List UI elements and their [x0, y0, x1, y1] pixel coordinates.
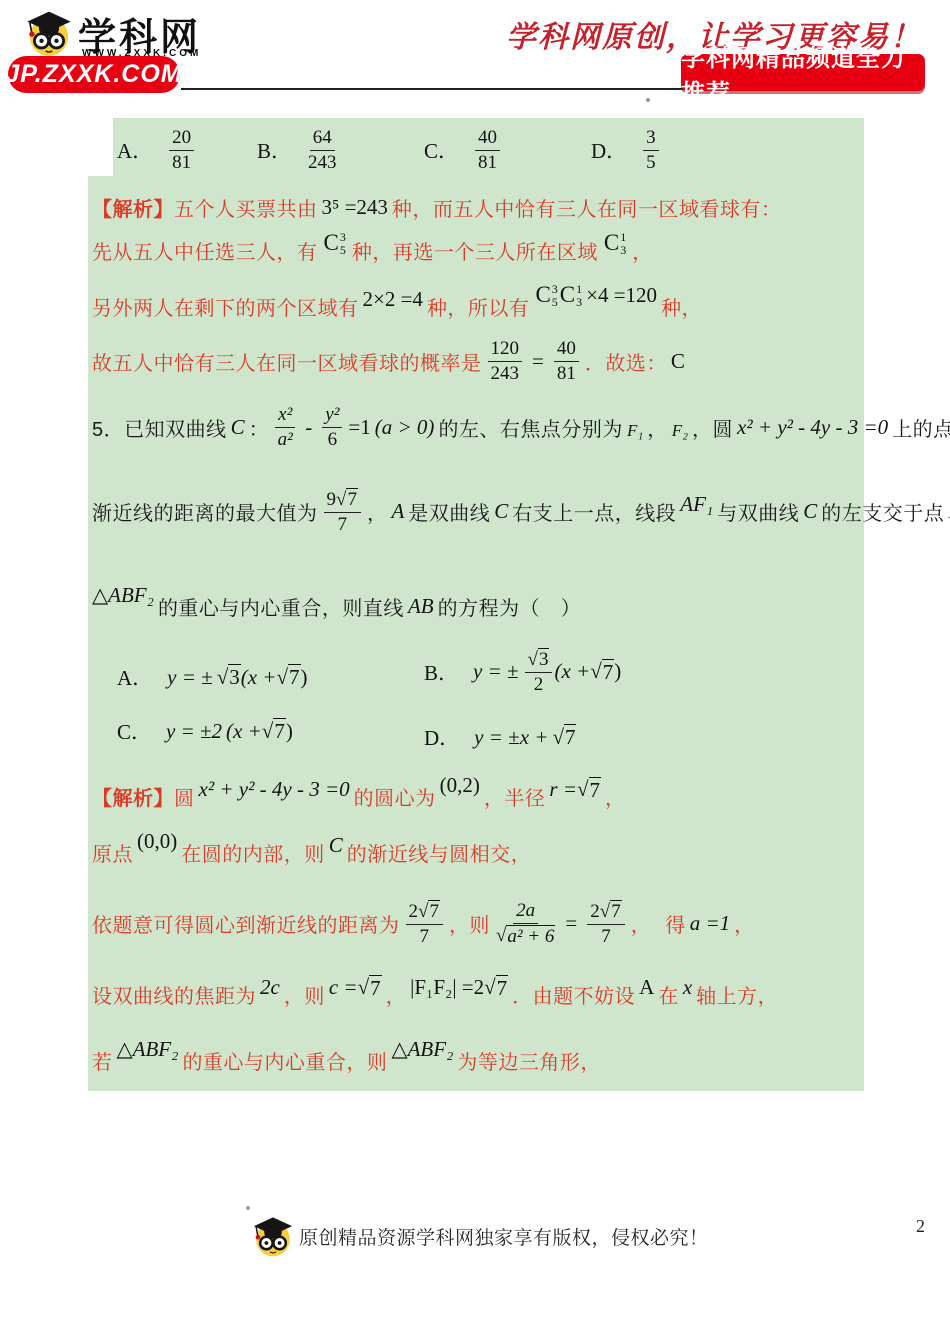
fraction: 4081: [475, 127, 500, 174]
answer-letter: C: [671, 349, 685, 374]
fraction-sqrt-den: 2a√a² + 6: [496, 900, 555, 948]
analysis-tag: 【解析】: [92, 782, 174, 811]
q4-option-b: B． 64243: [253, 127, 343, 174]
q4-solution-line4: 故五人中恰有三人在同一区域看球的概率是 120243 = 4081 ．故选： C: [92, 338, 689, 385]
q5-stem-line1: 5． 已知双曲线 C ： x²a² - y²6 =1 (a > 0) 的左、右焦…: [92, 404, 950, 451]
page-number: 2: [916, 1216, 925, 1237]
stray-dot: [246, 1206, 250, 1210]
option-label: D．: [424, 722, 460, 752]
stray-dot: [646, 98, 650, 102]
q5-solution-line5: 若 △ABF₂ 的重心与内心重合，则 △ABF₂ 为等边三角形，: [92, 1046, 601, 1075]
option-label: C．: [117, 716, 152, 746]
footer: 原创精品资源学科网独家享有版权，侵权必究！: [251, 1210, 709, 1262]
header-promo-banner: 学科网精品频道全力推荐: [681, 54, 925, 91]
q5-solution-line2: 原点 (0,0) 在圆的内部，则 C 的渐近线与圆相交，: [92, 838, 531, 867]
q5-solution-line1: 【解析】 圆 x² + y² - 4y - 3 =0 的圆心为 (0,2) ，半…: [92, 782, 626, 811]
jp-zxxk-badge: JP.ZXXK.COM: [8, 56, 180, 93]
q5-stem-line3: △ABF₂ 的重心与内心重合，则直线 AB 的方程为（ ）: [92, 592, 581, 621]
q5-option-c: C． y = ±2 (x + √7 ): [113, 716, 293, 746]
option-label: B．: [424, 657, 459, 687]
option-label: D．: [591, 135, 627, 165]
q5-solution-line3: 依题意可得圆心到渐近线的距离为 2√77 ，则 2a√a² + 6 = 2√77…: [92, 900, 755, 948]
fraction-sqrt: 9√77: [324, 488, 361, 536]
q4-option-c: C． 4081: [420, 127, 506, 174]
fraction: 64243: [308, 127, 337, 174]
copyright-notice: 原创精品资源学科网独家享有版权，侵权必究！: [299, 1223, 709, 1250]
q4-solution-line1: 【解析】五个人买票共由3⁵ =243种，而五人中恰有三人在同一区域看球有：: [92, 193, 781, 222]
option-label: A．: [117, 662, 153, 692]
option-label: B．: [257, 135, 292, 165]
combination-C31: C13: [604, 230, 626, 256]
combination-C53: C35: [324, 230, 346, 256]
fraction-sqrt: 2√77: [406, 900, 443, 948]
q5-option-b: B． y = ± √32 (x + √7 ): [420, 648, 621, 696]
combination-C31: C13: [560, 282, 582, 308]
fraction: y²6: [322, 404, 342, 451]
fraction: 120243: [488, 338, 523, 385]
combination-C53: C35: [535, 282, 557, 308]
analysis-tag: 【解析】: [92, 193, 174, 222]
fraction: 35: [643, 127, 659, 174]
highlight-notch: [88, 118, 113, 176]
fraction: x²a²: [275, 404, 295, 451]
document-page: 学科网 WWW.ZXXK.COM JP.ZXXK.COM 学科网原创，让学习更容…: [0, 0, 950, 1344]
zxxk-owl-logo-icon: [24, 3, 74, 62]
zxxk-owl-footer-icon: [251, 1210, 295, 1262]
q4-solution-line2: 先从五人中任选三人，有 C35 种，再选一个三人所在区域 C13 ，: [92, 236, 653, 265]
option-label: A．: [117, 135, 153, 165]
q5-option-a: A． y = ± √3 (x + √7 ): [113, 662, 308, 692]
fraction-sqrt: 2√77: [587, 900, 624, 948]
q4-option-a: A． 2081: [113, 127, 200, 174]
question-number: 5．: [92, 413, 124, 442]
q5-stem-line2: 渐近线的距离的最大值为 9√77 ， A 是双曲线 C 右支上一点，线段 AF₁…: [92, 488, 950, 536]
q5-solution-line4: 设双曲线的焦距为 2c ，则 c =√7 ， |F₁F₂| =2√7 ．由题不妨…: [92, 980, 778, 1009]
fraction-sqrt: √32: [525, 648, 553, 696]
q4-solution-line3: 另外两人在剩下的两个区域有 2×2 =4 种，所以有 C35 C13 ×4 =1…: [92, 292, 702, 321]
option-label: C．: [424, 135, 459, 165]
fraction: 2081: [169, 127, 194, 174]
fraction: 4081: [554, 338, 579, 385]
q5-option-d: D． y = ±x + √7: [420, 722, 576, 752]
q4-option-d: D． 35: [587, 127, 665, 174]
